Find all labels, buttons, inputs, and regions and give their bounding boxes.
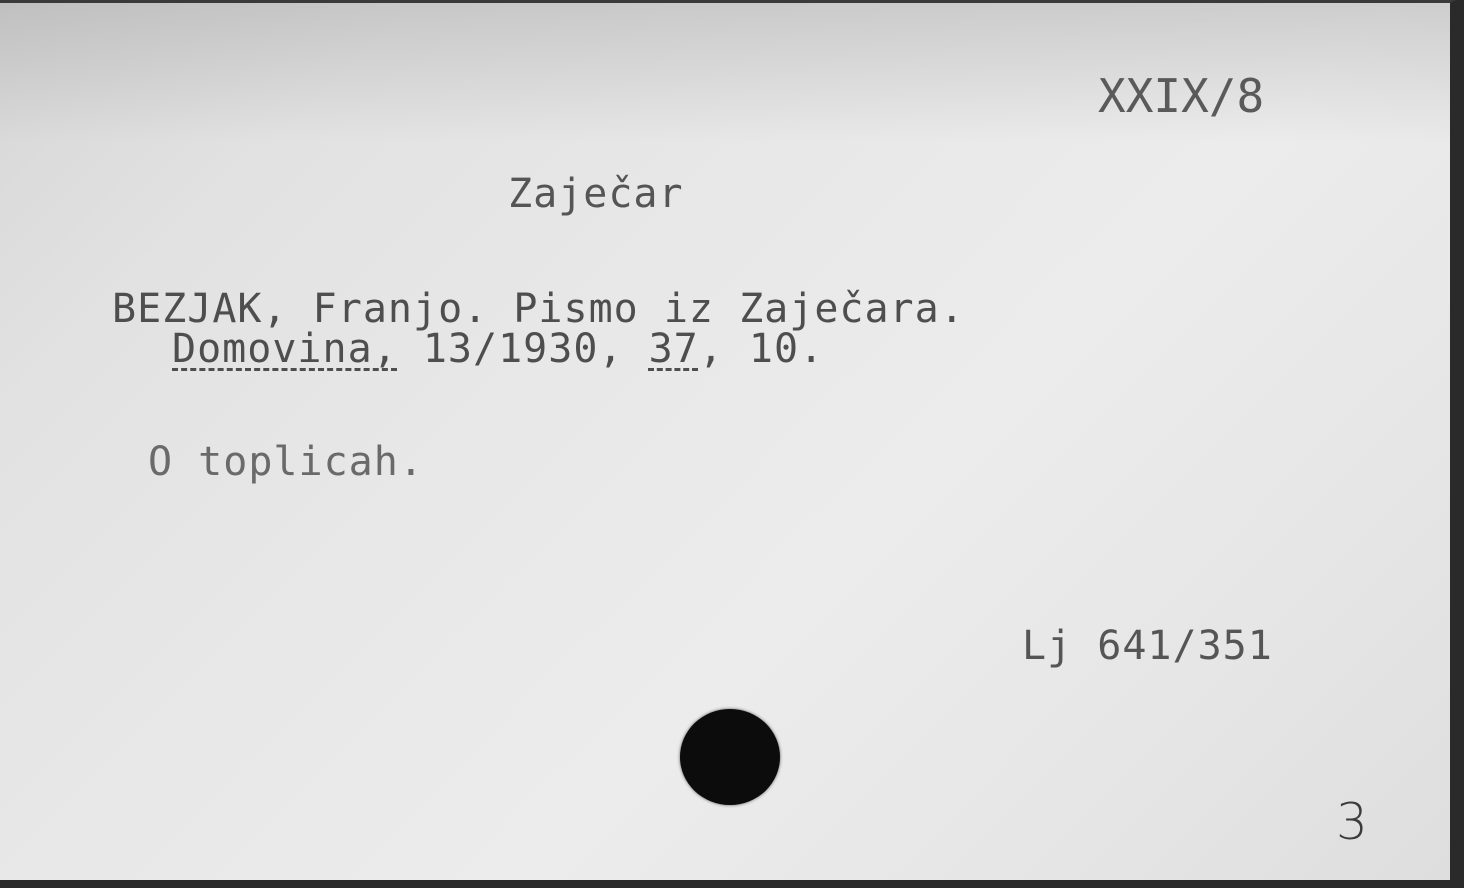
handwritten-number: 3 (1336, 793, 1369, 851)
entry-issue: 13/1930, (423, 326, 624, 372)
entry-note: O toplicah. (148, 439, 424, 485)
entry-line-2: Domovina, 13/1930, 37, 10. (172, 329, 824, 369)
punch-hole (680, 709, 780, 805)
call-number: XXIX/8 (1098, 69, 1264, 123)
subject-heading: Zaječar (508, 171, 684, 217)
entry-number: 37 (649, 326, 699, 372)
entry-line-1: BEZJAK, Franjo. Pismo iz Zaječara. (112, 289, 965, 329)
catalog-card: XXIX/8 Zaječar BEZJAK, Franjo. Pismo iz … (0, 0, 1456, 884)
entry-page: , 10. (699, 326, 824, 372)
shelfmark: Lj 641/351 (1022, 623, 1273, 669)
entry-publication: Domovina, (172, 326, 398, 372)
